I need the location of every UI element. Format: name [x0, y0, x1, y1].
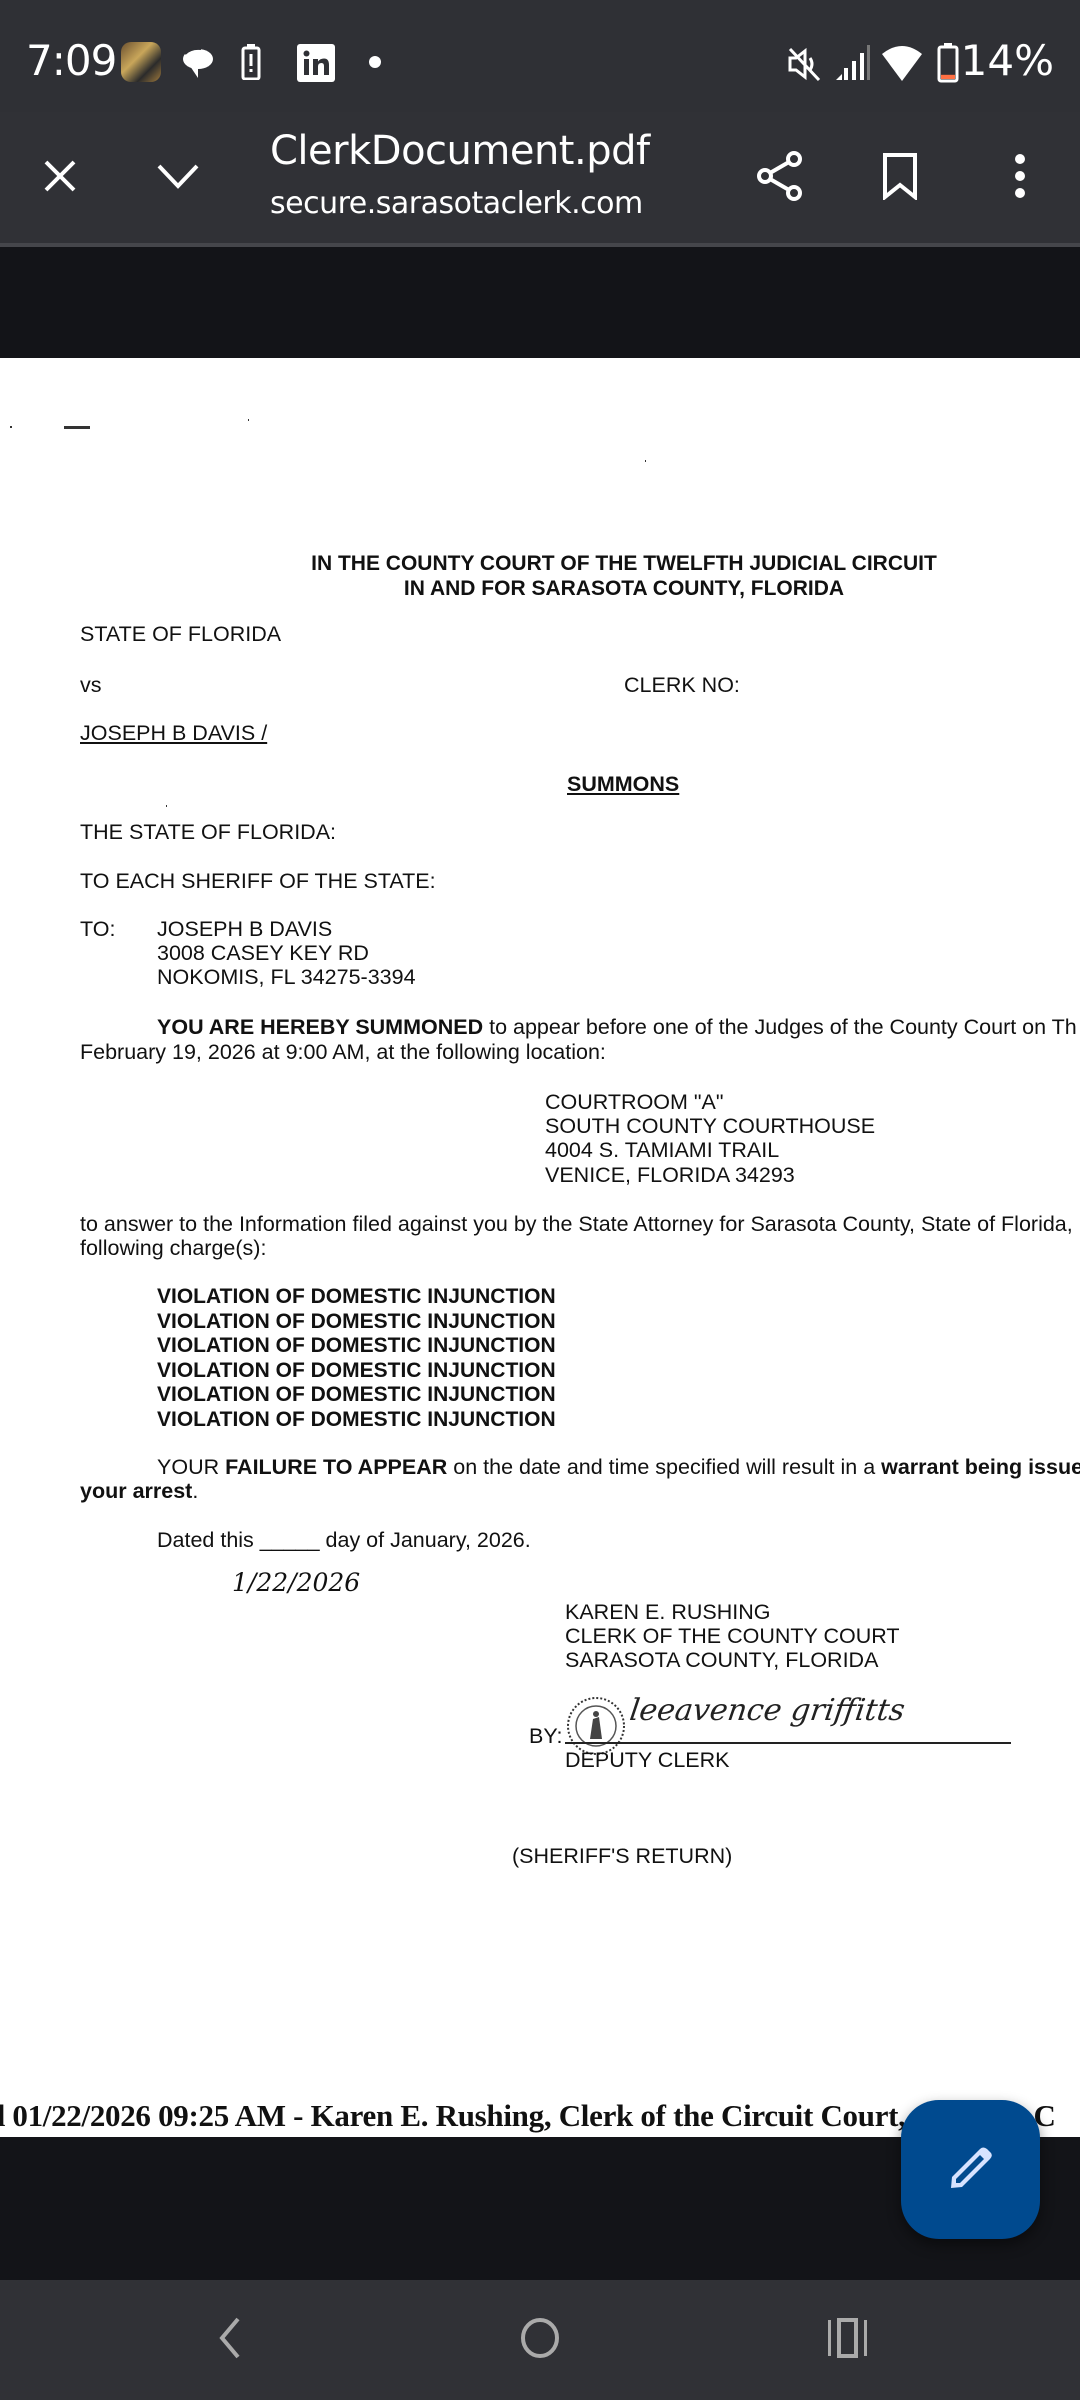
- back-icon: [216, 2316, 244, 2365]
- deputy-clerk-label: DEPUTY CLERK: [565, 1748, 729, 1773]
- signature-line: [565, 1742, 1011, 1744]
- recipient-name: JOSEPH B DAVIS: [157, 917, 332, 942]
- recents-icon: [826, 2318, 870, 2363]
- back-button[interactable]: [180, 2300, 280, 2380]
- system-nav-bar: [0, 2280, 1080, 2400]
- document-source-url: secure.sarasotaclerk.com: [270, 186, 643, 221]
- battery-alert-icon: [241, 44, 261, 85]
- bookmark-icon: [882, 152, 918, 205]
- clerk-name: KAREN E. RUSHING: [565, 1600, 770, 1625]
- charge-item: VIOLATION OF DOMESTIC INJUNCTION: [157, 1310, 556, 1335]
- warning-text: YOUR: [157, 1455, 225, 1479]
- mute-icon: [787, 46, 823, 87]
- bookmark-button[interactable]: [860, 138, 940, 218]
- versus: vs: [80, 673, 102, 698]
- charge-item: VIOLATION OF DOMESTIC INJUNCTION: [157, 1383, 556, 1408]
- share-icon: [756, 150, 804, 207]
- chevron-down-icon: [156, 162, 200, 195]
- summons-paragraph-line-2: February 19, 2026 at 9:00 AM, at the fol…: [80, 1040, 606, 1065]
- warning-line-2: your arrest.: [80, 1479, 198, 1504]
- wifi-icon: [880, 44, 924, 87]
- handwritten-date: 1/22/2026: [232, 1571, 360, 1596]
- document-title: ClerkDocument.pdf: [270, 128, 650, 174]
- status-bar: 7:09 14%: [0, 0, 1080, 112]
- share-button[interactable]: [740, 138, 820, 218]
- edit-annotate-button[interactable]: [901, 2100, 1040, 2239]
- more-options-button[interactable]: [980, 138, 1060, 218]
- court-heading-line-2: IN AND FOR SARASOTA COUNTY, FLORIDA: [0, 577, 1080, 601]
- scan-artifact: [248, 419, 249, 421]
- warning-bold-arrest: your arrest: [80, 1479, 192, 1503]
- dated-line: Dated this _____ day of January, 2026.: [157, 1528, 531, 1553]
- document-title-summons: SUMMONS: [567, 772, 679, 797]
- summons-paragraph-line-1: YOU ARE HEREBY SUMMONED to appear before…: [157, 1015, 1077, 1040]
- toolbar-divider: [0, 243, 1080, 247]
- plaintiff: STATE OF FLORIDA: [80, 622, 281, 647]
- scan-artifact: [64, 426, 90, 429]
- more-vert-icon: [1013, 152, 1027, 205]
- location-building: SOUTH COUNTY COURTHOUSE: [545, 1114, 875, 1139]
- charge-item: VIOLATION OF DOMESTIC INJUNCTION: [157, 1359, 556, 1384]
- answer-line-2: following charge(s):: [80, 1236, 266, 1261]
- court-heading-line-1: IN THE COUNTY COURT OF THE TWELFTH JUDIC…: [0, 552, 1080, 576]
- warning-line-1: YOUR FAILURE TO APPEAR on the date and t…: [157, 1455, 1080, 1480]
- more-notifications-dot: [369, 56, 381, 68]
- clerk-title: CLERK OF THE COUNTY COURT: [565, 1624, 900, 1649]
- linkedin-icon: [297, 44, 335, 87]
- recents-button[interactable]: [798, 2300, 898, 2380]
- chat-bubble-icon: [181, 46, 217, 85]
- battery-icon: [937, 43, 959, 88]
- defendant-name: JOSEPH B DAVIS /: [80, 721, 267, 746]
- contact-avatar: [121, 42, 161, 82]
- pdf-page[interactable]: IN THE COUNTY COURT OF THE TWELFTH JUDIC…: [0, 358, 1080, 2137]
- scan-artifact: [645, 460, 646, 462]
- warning-text: .: [192, 1479, 198, 1503]
- location-room: COURTROOM "A": [545, 1090, 724, 1115]
- charge-item: VIOLATION OF DOMESTIC INJUNCTION: [157, 1408, 556, 1433]
- charge-item: VIOLATION OF DOMESTIC INJUNCTION: [157, 1334, 556, 1359]
- collapse-button[interactable]: [138, 138, 218, 218]
- charges-list: VIOLATION OF DOMESTIC INJUNCTIONVIOLATIO…: [157, 1285, 556, 1432]
- summons-bold: YOU ARE HEREBY SUMMONED: [157, 1015, 483, 1039]
- scan-artifact: [166, 805, 167, 807]
- battery-percent: 14%: [961, 36, 1054, 85]
- close-button[interactable]: [20, 138, 100, 218]
- summons-text: to appear before one of the Judges of th…: [483, 1015, 1077, 1039]
- signal-icon: [834, 42, 870, 87]
- recipient-street: 3008 CASEY KEY RD: [157, 941, 369, 966]
- clock: 7:09: [26, 36, 116, 85]
- salutation-state: THE STATE OF FLORIDA:: [80, 820, 336, 845]
- by-label: BY:: [529, 1724, 562, 1749]
- sheriffs-return: (SHERIFF'S RETURN): [512, 1844, 732, 1869]
- home-icon: [519, 2316, 561, 2365]
- pdf-viewer-toolbar: ClerkDocument.pdf secure.sarasotaclerk.c…: [0, 112, 1080, 243]
- answer-line-1: to answer to the Information filed again…: [80, 1212, 1073, 1237]
- clerk-number-label: CLERK NO:: [624, 673, 740, 698]
- to-label: TO:: [80, 917, 115, 942]
- edit-pencil-icon: [947, 2143, 995, 2196]
- deputy-signature: leeavence griffitts: [628, 1693, 908, 1728]
- salutation-sheriff: TO EACH SHERIFF OF THE STATE:: [80, 869, 436, 894]
- warning-bold-warrant: warrant being issue: [881, 1455, 1080, 1479]
- location-city: VENICE, FLORIDA 34293: [545, 1163, 795, 1188]
- warning-text: on the date and time specified will resu…: [447, 1455, 881, 1479]
- home-button[interactable]: [490, 2300, 590, 2380]
- close-icon: [42, 158, 78, 199]
- scan-artifact: [10, 426, 12, 428]
- charge-item: VIOLATION OF DOMESTIC INJUNCTION: [157, 1285, 556, 1310]
- recipient-city: NOKOMIS, FL 34275-3394: [157, 965, 416, 990]
- warning-bold-failure: FAILURE TO APPEAR: [225, 1455, 447, 1479]
- clerk-county: SARASOTA COUNTY, FLORIDA: [565, 1648, 878, 1673]
- location-street: 4004 S. TAMIAMI TRAIL: [545, 1138, 779, 1163]
